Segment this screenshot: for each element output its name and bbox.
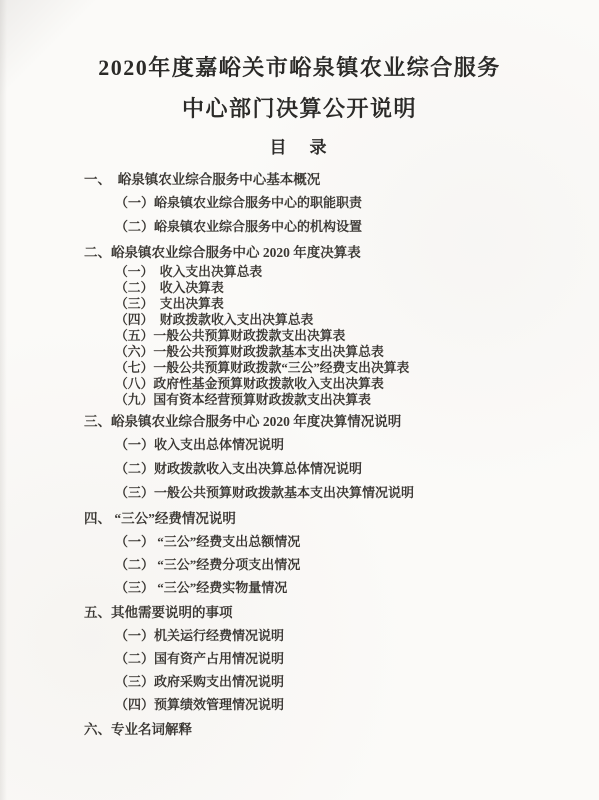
toc-section-4: 四、 “三公”经费情况说明 （一） “三公”经费支出总额情况 （二） “三公”经…: [84, 508, 569, 599]
toc-section-2: 二、峪泉镇农业综合服务中心 2020 年度决算表 （一） 收入支出决算总表 （二…: [84, 242, 569, 408]
toc-section-5: 五、其他需要说明的事项 （一）机关运行经费情况说明 （二）国有资产占用情况说明 …: [84, 602, 569, 716]
toc-item: （一）峪泉镇农业综合服务中心的职能职责: [84, 191, 569, 215]
toc-item: （一） “三公”经费支出总额情况: [84, 530, 569, 553]
toc-section-label: 五、其他需要说明的事项: [84, 602, 569, 624]
toc-item: （四） 财政拨款收入支出决算总表: [84, 312, 569, 328]
toc-item: （三） “三公”经费实物量情况: [84, 576, 569, 599]
toc-section-6: 六、专业名词解释: [84, 719, 569, 741]
toc-section-label: 六、专业名词解释: [84, 719, 569, 741]
toc-item: （九）国有资本经营预算财政拨款支出决算表: [84, 392, 569, 408]
toc-item: （五）一般公共预算财政拨款支出决算表: [84, 328, 569, 344]
toc-item: （二）国有资产占用情况说明: [84, 647, 569, 670]
toc-section-3: 三、峪泉镇农业综合服务中心 2020 年度决算情况说明 （一）收入支出总体情况说…: [84, 411, 569, 505]
toc-item: （二）峪泉镇农业综合服务中心的机构设置: [84, 215, 569, 239]
toc-section-label: 四、 “三公”经费情况说明: [84, 508, 569, 530]
toc-item: （二） 收入决算表: [84, 280, 569, 296]
toc-item: （六）一般公共预算财政拨款基本支出决算总表: [84, 344, 569, 360]
table-of-contents: 一、 峪泉镇农业综合服务中心基本概况 （一）峪泉镇农业综合服务中心的职能职责 （…: [84, 169, 569, 741]
toc-item: （一） 收入支出决算总表: [84, 264, 569, 280]
toc-section-1: 一、 峪泉镇农业综合服务中心基本概况 （一）峪泉镇农业综合服务中心的职能职责 （…: [84, 169, 569, 239]
scanned-document-page: 2020年度嘉峪关市峪泉镇农业综合服务 中心部门决算公开说明 目 录 一、 峪泉…: [0, 0, 599, 800]
toc-item: （一）收入支出总体情况说明: [84, 433, 569, 457]
document-title-line2: 中心部门决算公开说明: [0, 95, 599, 123]
toc-item: （二）财政拨款收入支出决算总体情况说明: [84, 457, 569, 481]
toc-item: （八）政府性基金预算财政拨款收入支出决算表: [84, 376, 569, 392]
toc-section-label: 三、峪泉镇农业综合服务中心 2020 年度决算情况说明: [84, 411, 569, 433]
toc-item: （三）政府采购支出情况说明: [84, 670, 569, 693]
toc-item: （七）一般公共预算财政拨款“三公”经费支出决算表: [84, 360, 569, 376]
toc-item: （四）预算绩效管理情况说明: [84, 693, 569, 716]
toc-item: （二） “三公”经费分项支出情况: [84, 553, 569, 576]
toc-section-label: 二、峪泉镇农业综合服务中心 2020 年度决算表: [84, 242, 569, 264]
toc-item: （一）机关运行经费情况说明: [84, 624, 569, 647]
toc-item: （三）一般公共预算财政拨款基本支出决算情况说明: [84, 481, 569, 505]
toc-item: （三） 支出决算表: [84, 296, 569, 312]
document-title-line1: 2020年度嘉峪关市峪泉镇农业综合服务: [0, 0, 599, 82]
toc-heading: 目 录: [0, 136, 599, 160]
toc-section-label: 一、 峪泉镇农业综合服务中心基本概况: [84, 169, 569, 191]
